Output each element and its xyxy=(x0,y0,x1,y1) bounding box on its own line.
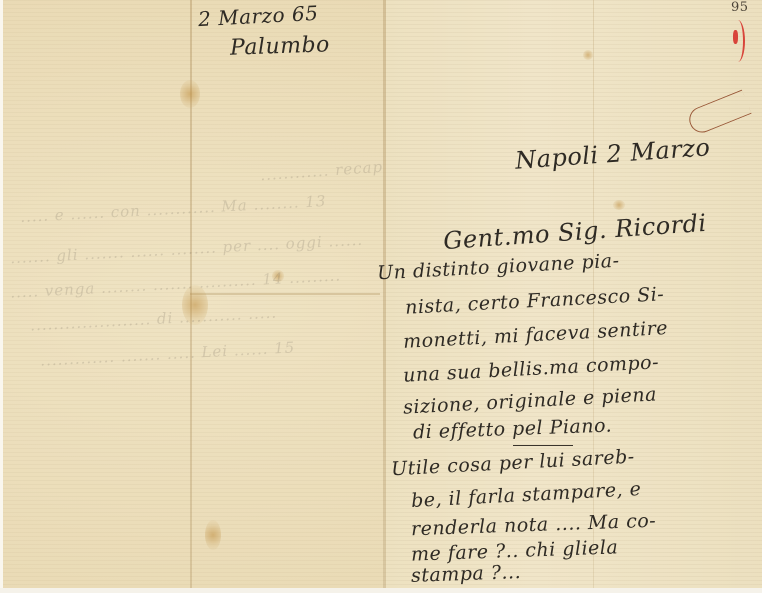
bleed-through-line: ..... venga ........ ....... .......... … xyxy=(10,266,342,301)
letter-line: nista, certo Francesco Si- xyxy=(405,283,665,319)
letter-sheet: ............ recapito di ........... ...… xyxy=(0,0,762,593)
letter-line: Utile cosa per lui sareb- xyxy=(391,446,636,481)
scan-edge xyxy=(0,0,3,593)
bleed-through-line: ....... gli ....... ...... ........ per … xyxy=(10,231,364,267)
page-number-pencil: 95 xyxy=(731,0,749,15)
scan-edge xyxy=(0,588,762,593)
foxing-stain xyxy=(583,50,593,60)
foxing-stain xyxy=(205,520,221,550)
letter-salutation: Gent.mo Sig. Ricordi xyxy=(442,209,707,255)
fold-line-horizontal xyxy=(190,293,380,295)
bleed-through-line: ..... e ...... con ............ Ma .....… xyxy=(20,192,327,226)
letter-line: stampa ?... xyxy=(411,561,522,587)
letter-line: Un distinto giovane pia- xyxy=(377,250,620,285)
foxing-stain xyxy=(180,80,200,108)
archive-date: 2 Marzo 65 xyxy=(197,1,319,31)
bleed-through-line: ............. ....... ..... Lei ...... 1… xyxy=(40,338,296,369)
foxing-stain xyxy=(613,200,625,210)
letter-line: di effetto pel Piano. xyxy=(413,415,613,444)
letter-line: una sua bellis.ma compo- xyxy=(403,351,660,386)
archive-name: Palumbo xyxy=(230,32,331,60)
letter-line: monetti, mi faceva sentire xyxy=(403,317,669,353)
paper-clip-mark xyxy=(685,90,751,137)
letter-line: sizione, originale e piena xyxy=(403,383,658,418)
letter-line: renderla nota .... Ma co- xyxy=(411,510,657,541)
underline-piano xyxy=(513,445,573,446)
right-page: 95 Napoli 2 Marzo Gent.mo Sig. Ricordi U… xyxy=(383,0,762,593)
center-fold xyxy=(383,0,386,593)
letter-line: be, il farla stampare, e xyxy=(411,478,642,512)
bleed-through-line: ..................... di ........... ...… xyxy=(30,304,278,335)
red-paren-mark xyxy=(731,20,745,62)
letter-place-date: Napoli 2 Marzo xyxy=(514,133,711,175)
